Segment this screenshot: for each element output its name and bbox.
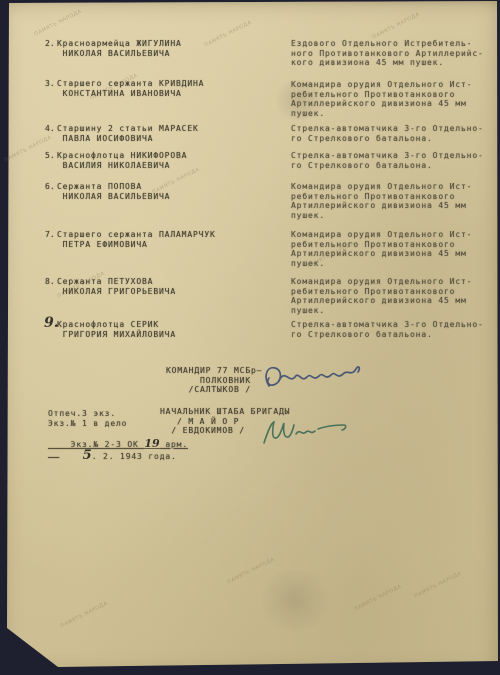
item-number: 2. <box>45 39 55 48</box>
item-number: 4. <box>45 124 55 133</box>
item-number: 7. <box>45 230 55 239</box>
date-rest: . 2. 1943 года. <box>92 452 177 461</box>
awardee-name: Краснофлотца СЕРИК ГРИГОРИЯ МИХАЙЛОВИЧА <box>57 320 176 339</box>
awardee-name: Краснофлотца НИКИФОРОВА ВАСИЛИЯ НИКОЛАЕВ… <box>57 151 187 170</box>
awardee-position: Стрелка-автоматчика 3-го Отдельно- го Ст… <box>291 151 484 170</box>
awardee-name: Старшину 2 статьи МАРАСЕК ПАВЛА ИОСИФОВИ… <box>57 124 199 143</box>
copies-line-1: Отпеч.3 экз. <box>48 409 116 419</box>
date-day-handwritten: 5 <box>83 448 92 463</box>
item-number: 8. <box>45 277 55 286</box>
scanned-document-page: ПАМЯТЬ НАРОДА ПАМЯТЬ НАРОДА ПАМЯТЬ НАРОД… <box>0 0 500 675</box>
commander-title-block: КОМАНДИР 77 МСБр— ПОЛКОВНИК /САЛТЫКОВ / <box>166 366 262 395</box>
copies-line-2: Экз.№ 1 в дело <box>48 419 127 429</box>
awardee-name: Красноармейца ЖИГУЛИНА НИКОЛАЯ ВАСИЛЬЕВИ… <box>57 39 182 58</box>
awardee-name: Сержанта ПЕТУХОВА НИКОЛАЯ ГРИГОРЬЕВИЧА <box>57 277 176 296</box>
awardee-position: Стрелка-автоматчика 3-го Отдельно- го Ст… <box>291 124 484 143</box>
awardee-name: Старшего сержанта КРИВДИНА КОНСТАНТИНА И… <box>57 79 204 98</box>
awardee-position: Командира орудия Отдельного Ист- ребител… <box>291 277 472 315</box>
item-number: 5. <box>45 151 55 160</box>
item-number: 6. <box>45 182 55 191</box>
awardee-name: Старшего сержанта ПАЛАМАРЧУК ПЕТРА ЕФИМО… <box>57 230 216 249</box>
awardee-position: Стрелка-автоматчика 3-го Отдельно- го Ст… <box>291 320 484 339</box>
stain-smudge <box>255 570 335 630</box>
commander-signature <box>255 356 370 401</box>
awardee-position: Командира орудия Отдельного Ист- ребител… <box>291 230 472 268</box>
chief-signature <box>258 413 363 451</box>
item-number: 3. <box>45 79 55 88</box>
awardee-name: Сержанта ПОПОВА НИКОЛАЯ ВАСИЛЬЕВИЧА <box>57 182 170 201</box>
awardee-position: Ездового Отдельного Истребитель- ного Пр… <box>291 39 484 68</box>
awardee-position: Командира орудия Отдельного Ист- ребител… <box>291 80 472 118</box>
awardee-position: Командира орудия Отдельного Ист- ребител… <box>291 182 472 220</box>
date-line: 5. 2. 1943 года. <box>60 441 177 471</box>
